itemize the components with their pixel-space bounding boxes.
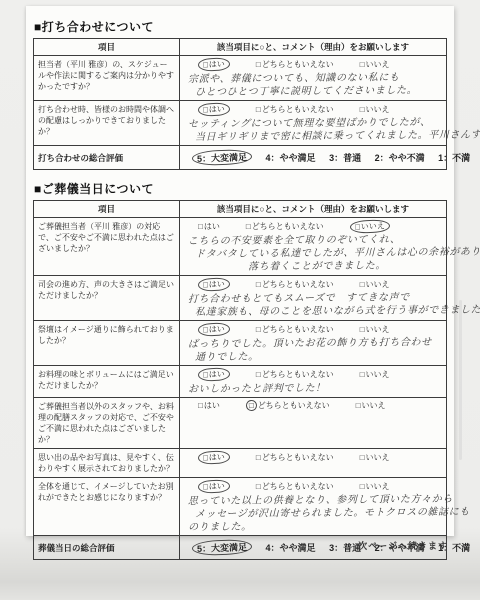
- option-yes-selected: □はい: [198, 451, 230, 465]
- option-no: □いいえ: [360, 481, 390, 492]
- scanned-survey-page: ■打ち合わせについて 項目 該当項目に○と、コメント（理由）をお願いします 担当…: [26, 6, 454, 536]
- answer-cell: □はい □どちらともいえない □いいえ セッティングについて無理な要望ばかりでし…: [180, 101, 447, 146]
- checkbox-icon: □: [360, 482, 365, 491]
- handwritten-comment: こちらの不安要素を全て取りのぞいてくれ、 ドタバタしている私達でしたが、平川さん…: [188, 233, 442, 274]
- option-yes-selected: □はい: [198, 480, 230, 494]
- rating-scale: 5：大変満足 4：やや満足 3：普通 2：やや不満 1：不満: [180, 146, 447, 170]
- checkbox-icon: □: [356, 401, 361, 410]
- table-row: ご葬儀担当者以外のスタッフや、お料理の配膳スタッフの対応で、ご不安やご不満に思わ…: [34, 398, 447, 449]
- option-yes-selected: □はい: [198, 322, 230, 336]
- column-header-response: 該当項目に○と、コメント（理由）をお願いします: [180, 39, 447, 56]
- table-row: お料理の味とボリュームにはご満足いただけましたか？ □はい □どちらともいえない…: [34, 366, 447, 398]
- question-label: 司会の進め方、声の大きさはご満足いただけましたか？: [34, 276, 180, 321]
- table-row: ご葬儀担当者（平川 雅彦）の対応で、ご不安やご不満に思われた点はございましたか？…: [34, 218, 447, 276]
- checkbox-icon: □: [256, 60, 261, 69]
- option-yes-selected: □はい: [198, 367, 230, 381]
- funeral-day-survey-table: 項目 該当項目に○と、コメント（理由）をお願いします ご葬儀担当者（平川 雅彦）…: [33, 200, 447, 560]
- answer-cell: □はい □どちらともいえない □いいえ: [180, 398, 447, 449]
- scan-artifact: [459, 300, 462, 460]
- checkbox-icon: □: [256, 370, 261, 379]
- handwritten-comment: ばっちりでした。頂いたお花の飾り方も打ち合わせ 通りでした。: [188, 336, 442, 364]
- column-header-item: 項目: [34, 201, 180, 218]
- checkbox-icon: □: [203, 453, 208, 462]
- rating-3: 3：普通: [329, 151, 361, 164]
- rating-4: 4：やや満足: [266, 151, 316, 164]
- table-row: 司会の進め方、声の大きさはご満足いただけましたか？ □はい □どちらともいえない…: [34, 276, 447, 321]
- meeting-survey-table: 項目 該当項目に○と、コメント（理由）をお願いします 担当者（平川 雅彦）の、ス…: [33, 38, 447, 170]
- rating-5-selected: 5：大変満足: [192, 539, 253, 556]
- rating-3: 3：普通: [329, 541, 361, 554]
- checkbox-icon: □: [256, 105, 261, 114]
- section-title-funeral-day: ■ご葬儀当日について: [34, 180, 447, 197]
- table-header-row: 項目 該当項目に○と、コメント（理由）をお願いします: [34, 201, 447, 218]
- answer-cell: □はい □どちらともいえない □いいえ 宗派や、葬儀についても、知識のない私にも…: [180, 56, 447, 101]
- answer-cell: □はい □どちらともいえない □いいえ こちらの不安要素を全て取りのぞいてくれ、…: [180, 218, 447, 276]
- table-row: 打ち合わせ時、皆様のお時間や体調への配慮はしっかりできておりましたか？ □はい …: [34, 101, 447, 146]
- options-line: □はい □どちらともいえない □いいえ: [188, 323, 442, 336]
- rating-1: 1：不満: [438, 151, 470, 164]
- table-row: 全体を通じて、イメージしていたお別れができたとお感じになりますか？ □はい □ど…: [34, 478, 447, 536]
- option-neutral: □どちらともいえない: [256, 481, 334, 492]
- option-yes-selected: □はい: [198, 57, 230, 71]
- rating-label: 打ち合わせの総合評価: [34, 146, 180, 170]
- options-line: □はい □どちらともいえない □いいえ: [188, 451, 442, 464]
- option-no: □いいえ: [360, 369, 390, 380]
- option-neutral: □どちらともいえない: [256, 369, 334, 380]
- checkbox-icon: □: [203, 280, 208, 289]
- checkbox-icon: □: [203, 325, 208, 334]
- checkbox-icon: □: [360, 453, 365, 462]
- checkbox-icon: □: [360, 60, 365, 69]
- options-line: □はい □どちらともいえない □いいえ: [188, 400, 442, 411]
- checkbox-icon: □: [203, 482, 208, 491]
- table-row: 思い出の品やお写真は、見やすく、伝わりやすく展示されておりましたか？ □はい □…: [34, 449, 447, 478]
- option-yes: □はい: [198, 400, 220, 411]
- checkbox-icon: □: [360, 370, 365, 379]
- checkbox-icon: □: [360, 105, 365, 114]
- handwritten-comment: おいしかったと評判でした！: [188, 381, 442, 396]
- question-label: 祭壇はイメージ通りに飾られておりましたか？: [34, 321, 180, 366]
- option-no: □いいえ: [356, 400, 386, 411]
- option-neutral-selected: □どちらともいえない: [246, 400, 330, 411]
- handwritten-comment: 宗派や、葬儀についても、知識のない私にも ひとつひとつ丁寧に説明してくださいまし…: [188, 71, 442, 99]
- option-no: □いいえ: [360, 104, 390, 115]
- checkbox-icon: □: [256, 325, 261, 334]
- checkbox-icon: □: [355, 222, 360, 231]
- answer-cell: □はい □どちらともいえない □いいえ おいしかったと評判でした！: [180, 366, 447, 398]
- column-header-response: 該当項目に○と、コメント（理由）をお願いします: [180, 201, 447, 218]
- checkbox-icon: □: [360, 325, 365, 334]
- question-label: 全体を通じて、イメージしていたお別れができたとお感じになりますか？: [34, 478, 180, 536]
- handwritten-comment: 打ち合わせもとてもスムーズで すてきな声で 私達家族も、母のことを思いながら式を…: [188, 291, 442, 319]
- checkbox-icon: □: [203, 105, 208, 114]
- answer-cell: □はい □どちらともいえない □いいえ: [180, 449, 447, 478]
- table-header-row: 項目 該当項目に○と、コメント（理由）をお願いします: [34, 39, 447, 56]
- rating-5-selected: 5：大変満足: [192, 149, 253, 166]
- options-line: □はい □どちらともいえない □いいえ: [188, 58, 442, 71]
- checkbox-icon: □: [360, 280, 365, 289]
- option-neutral: □どちらともいえない: [246, 221, 324, 232]
- handwritten-comment: 思っていた以上の供養となり、参列して頂いた方々から メッセージが沢山寄せられまし…: [188, 493, 442, 534]
- question-label: ご葬儀担当者以外のスタッフや、お料理の配膳スタッフの対応で、ご不安やご不満に思わ…: [34, 398, 180, 449]
- options-line: □はい □どちらともいえない □いいえ: [188, 220, 442, 233]
- options-line: □はい □どちらともいえない □いいえ: [188, 278, 442, 291]
- option-neutral: □どちらともいえない: [256, 324, 334, 335]
- option-no-selected: □いいえ: [349, 219, 389, 233]
- next-page-note: 次ページへ続きます: [358, 539, 448, 552]
- answer-cell: □はい □どちらともいえない □いいえ 思っていた以上の供養となり、参列して頂い…: [180, 478, 447, 536]
- option-yes: □はい: [198, 221, 220, 232]
- table-row: 担当者（平川 雅彦）の、スケジュールや作法に関するご案内は分かりやすかったですか…: [34, 56, 447, 101]
- checkbox-icon: □: [198, 222, 203, 231]
- option-yes-selected: □はい: [198, 102, 230, 116]
- option-neutral: □どちらともいえない: [256, 452, 334, 463]
- option-neutral: □どちらともいえない: [256, 59, 334, 70]
- checkbox-icon: □: [256, 453, 261, 462]
- option-yes-selected: □はい: [198, 277, 230, 291]
- checkbox-icon: □: [246, 222, 251, 231]
- question-label: 打ち合わせ時、皆様のお時間や体調への配慮はしっかりできておりましたか？: [34, 101, 180, 146]
- checkbox-icon: □: [198, 401, 203, 410]
- question-label: 思い出の品やお写真は、見やすく、伝わりやすく展示されておりましたか？: [34, 449, 180, 478]
- handwritten-comment: セッティングについて無理な要望ばかりでしたが、 当日ギリギリまで密に相談に乗って…: [188, 116, 442, 144]
- question-label: ご葬儀担当者（平川 雅彦）の対応で、ご不安やご不満に思われた点はございましたか？: [34, 218, 180, 276]
- table-row: 祭壇はイメージ通りに飾られておりましたか？ □はい □どちらともいえない □いい…: [34, 321, 447, 366]
- answer-cell: □はい □どちらともいえない □いいえ 打ち合わせもとてもスムーズで すてきな声…: [180, 276, 447, 321]
- checkbox-icon: □: [203, 60, 208, 69]
- option-neutral: □どちらともいえない: [256, 104, 334, 115]
- options-line: □はい □どちらともいえない □いいえ: [188, 368, 442, 381]
- rating-2: 2：やや不満: [375, 151, 425, 164]
- checkbox-icon: □: [203, 370, 208, 379]
- answer-cell: □はい □どちらともいえない □いいえ ばっちりでした。頂いたお花の飾り方も打ち…: [180, 321, 447, 366]
- option-no: □いいえ: [360, 452, 390, 463]
- options-line: □はい □どちらともいえない □いいえ: [188, 103, 442, 116]
- checkbox-icon: □: [256, 482, 261, 491]
- question-label: お料理の味とボリュームにはご満足いただけましたか？: [34, 366, 180, 398]
- checkbox-icon: □: [245, 400, 257, 412]
- rating-row: 打ち合わせの総合評価 5：大変満足 4：やや満足 3：普通 2：やや不満 1：不…: [34, 146, 447, 170]
- section-title-meeting: ■打ち合わせについて: [34, 18, 447, 35]
- option-neutral: □どちらともいえない: [256, 279, 334, 290]
- rating-label: 葬儀当日の総合評価: [34, 536, 180, 560]
- column-header-item: 項目: [34, 39, 180, 56]
- rating-4: 4：やや満足: [266, 541, 316, 554]
- option-no: □いいえ: [360, 279, 390, 290]
- option-no: □いいえ: [360, 324, 390, 335]
- checkbox-icon: □: [256, 280, 261, 289]
- question-label: 担当者（平川 雅彦）の、スケジュールや作法に関するご案内は分かりやすかったですか…: [34, 56, 180, 101]
- option-no: □いいえ: [360, 59, 390, 70]
- options-line: □はい □どちらともいえない □いいえ: [188, 480, 442, 493]
